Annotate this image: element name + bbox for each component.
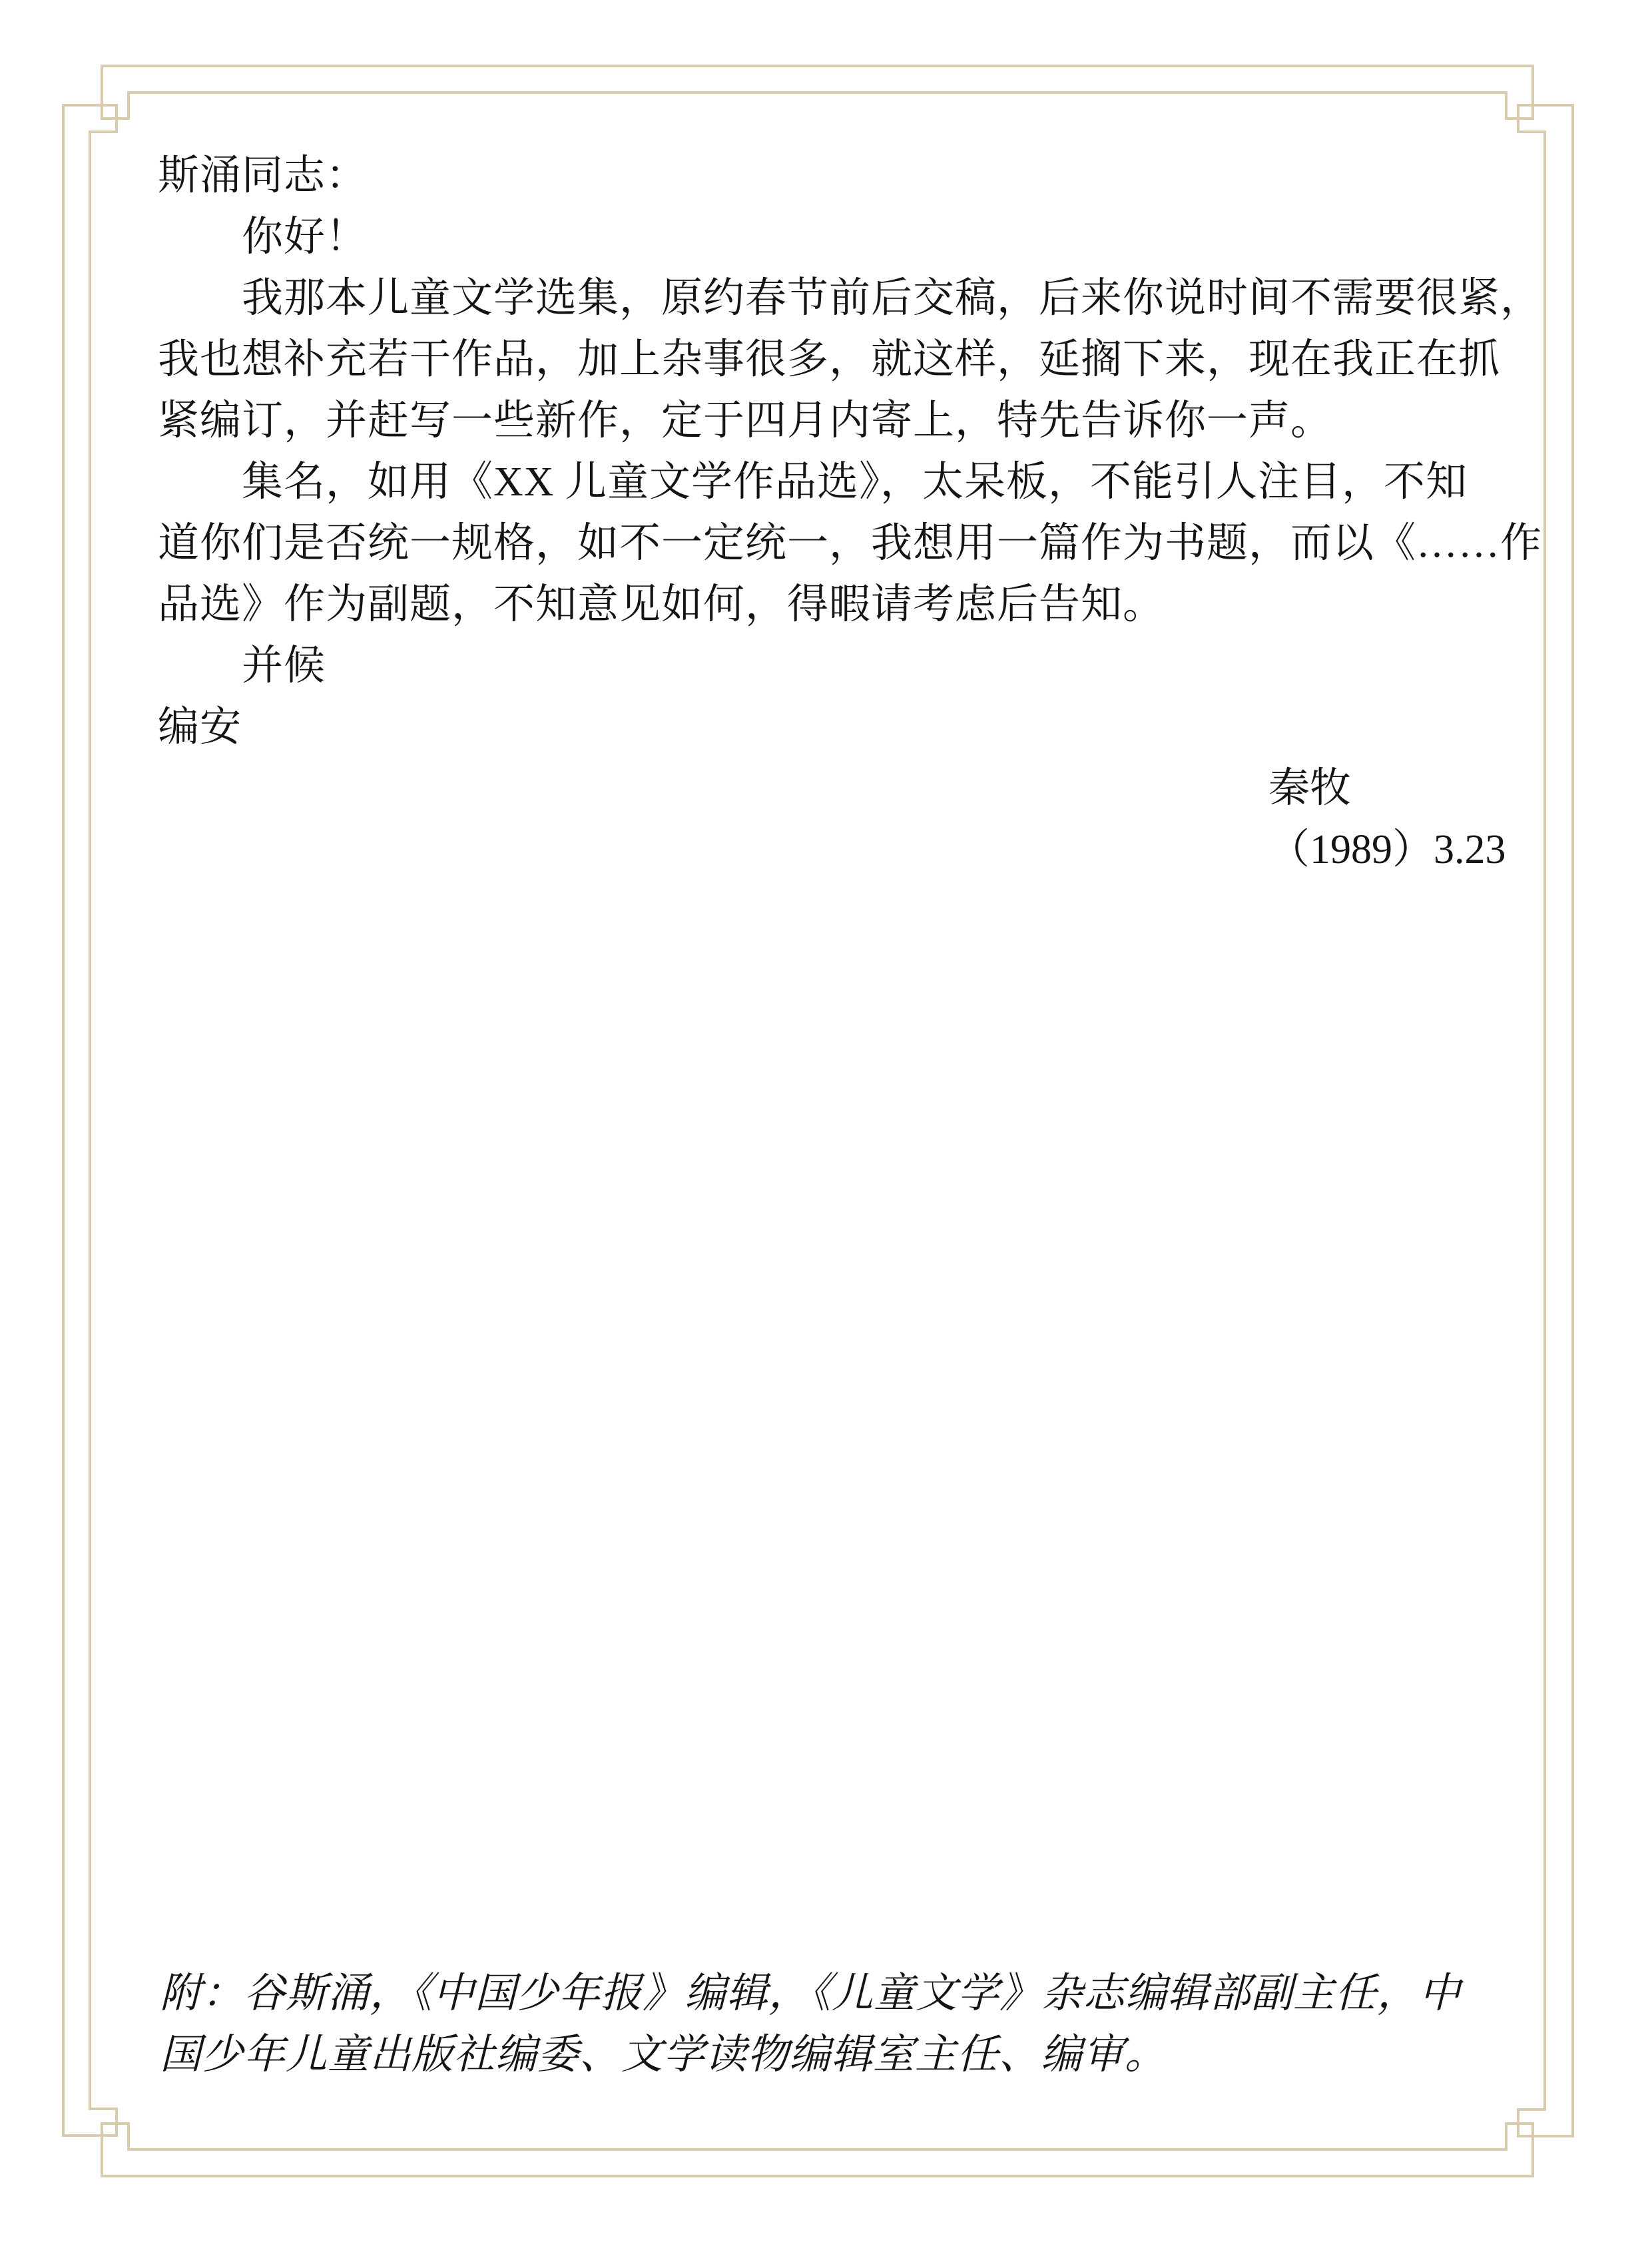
letter-line-1: 斯涌同志： — [158, 145, 1519, 206]
letter-line-10: 编安 — [158, 697, 1519, 758]
letter-line-4: 我也想补充若干作品，加上杂事很多，就这样，延搁下来，现在我正在抓 — [158, 329, 1519, 390]
border-top-band — [102, 66, 1533, 119]
letter-line-5: 紧编订，并赶写一些新作，定于四月内寄上，特先告诉你一声。 — [158, 390, 1519, 451]
signature-date: （1989）3.23 — [158, 819, 1519, 880]
border-bottom-band — [102, 2123, 1533, 2176]
letter-line-3: 我那本儿童文学选集，原约春节前后交稿，后来你说时间不需要很紧， — [158, 268, 1519, 329]
letter-line-7: 道你们是否统一规格，如不一定统一，我想用一篇作为书题，而以《……作 — [158, 513, 1519, 574]
appendix-line-1: 附：谷斯涌，《中国少年报》编辑，《儿童文学》杂志编辑部副主任，中 — [160, 1963, 1521, 2024]
appendix-note: 附：谷斯涌，《中国少年报》编辑，《儿童文学》杂志编辑部副主任，中国少年儿童出版社… — [160, 1963, 1521, 2086]
letter-page: 斯涌同志：你好！我那本儿童文学选集，原约春节前后交稿，后来你说时间不需要很紧，我… — [0, 0, 1652, 2242]
appendix-line-2: 国少年儿童出版社编委、文学读物编辑室主任、编审。 — [160, 2024, 1521, 2086]
signature-name: 秦牧 — [158, 758, 1519, 819]
border-left-band — [63, 105, 117, 2135]
letter-line-8: 品选》作为副题，不知意见如何，得暇请考虑后告知。 — [158, 574, 1519, 635]
letter-body: 斯涌同志：你好！我那本儿童文学选集，原约春节前后交稿，后来你说时间不需要很紧，我… — [158, 145, 1519, 880]
letter-line-2: 你好！ — [158, 206, 1519, 268]
border-right-band — [1518, 105, 1573, 2136]
letter-line-9: 并候 — [158, 635, 1519, 697]
letter-line-6: 集名，如用《XX 儿童文学作品选》，太呆板，不能引人注目，不知 — [158, 451, 1519, 513]
